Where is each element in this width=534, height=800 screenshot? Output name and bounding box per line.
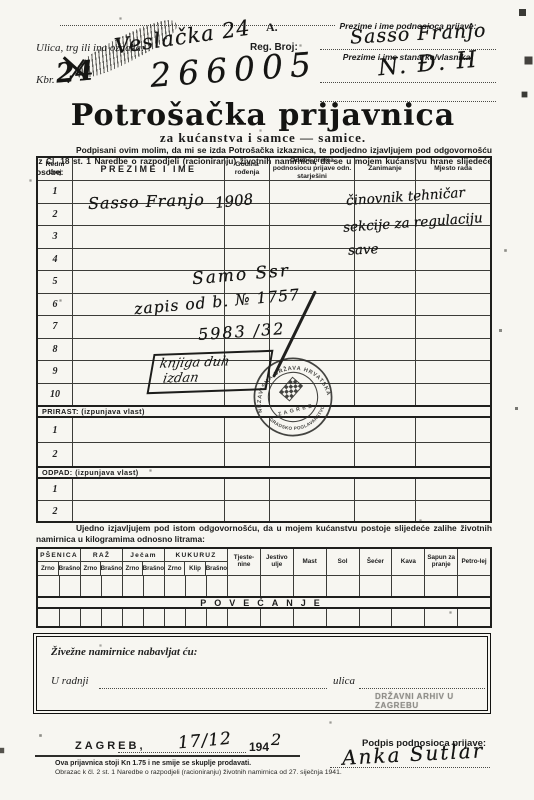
cell [354, 479, 415, 500]
cell [354, 418, 415, 442]
cell [293, 609, 326, 626]
row-number: 1 [38, 479, 72, 500]
city-label: ZAGREB, [75, 740, 146, 752]
col-header-occupation: Zanimanje [354, 158, 415, 180]
cell [359, 609, 392, 626]
row-number: 5 [38, 271, 72, 293]
scan-noise [0, 0, 1, 1]
cell [72, 226, 224, 248]
cell [224, 226, 269, 248]
cell [415, 501, 490, 521]
stock-group-kukuruz: KUKURUZ ZrnoKlipBrašno [164, 549, 227, 575]
date-handwritten: 17/12 [177, 729, 233, 754]
group-label: KUKURUZ [165, 549, 227, 562]
cell [269, 226, 354, 248]
cell [38, 576, 59, 596]
member-name-handwritten: Sasso Franjo [88, 190, 205, 213]
food-stock-table: PŠENICA ZrnoBrašno RAŽ ZrnoBrašno Ječam … [36, 547, 492, 628]
cell [143, 576, 164, 596]
cell [354, 501, 415, 521]
cell [80, 609, 101, 626]
row-number: 2 [38, 443, 72, 466]
cell [38, 609, 59, 626]
sub-header: Brašno [100, 562, 122, 575]
cell [424, 609, 457, 626]
cell [415, 316, 490, 338]
cell [391, 576, 424, 596]
cell [164, 609, 185, 626]
clerk-annotation-box: knjiga duh izdan [146, 350, 273, 394]
cell [391, 609, 424, 626]
stock-col-sapun: Sapun za pranje [424, 549, 457, 575]
stock-data-row [38, 609, 490, 626]
stock-col-kava: Kava [391, 549, 424, 575]
stock-group-psenica: PŠENICA ZrnoBrašno [38, 549, 80, 575]
row-number: 2 [38, 501, 72, 521]
cell [415, 294, 490, 316]
stock-data-row [38, 575, 490, 596]
ruled-line [320, 82, 496, 83]
cell [354, 294, 415, 316]
form-subtitle: za kućanstva i samce — samice. [36, 130, 490, 146]
sub-header: Klip [184, 562, 204, 575]
form-reference-note: Obrazac k čl. 2 st. 1 Naredbe o razpodje… [55, 769, 342, 776]
cell [269, 479, 354, 500]
sub-header: Brašno [205, 562, 227, 575]
col-header-ordinal: Redni broj [38, 158, 72, 180]
member-occupation-handwritten-line3: save [348, 241, 379, 259]
stock-col-mast: Mast [293, 549, 326, 575]
clerk-annotation-line5: izdan [156, 368, 263, 387]
stock-col-petrolej: Petro-lej [457, 549, 490, 575]
stock-col-tjestenine: Tjeste-nine [227, 549, 260, 575]
group-label: Ječam [123, 549, 164, 562]
archive-stamp-text: DRŽAVNI ARHIV U ZAGREBU [375, 692, 487, 710]
cell [122, 576, 143, 596]
shop-street-label: ulica [333, 675, 355, 687]
row-number: 1 [38, 418, 72, 442]
row-number: 1 [38, 181, 72, 203]
cell [415, 271, 490, 293]
year-printed: 194 [249, 740, 269, 754]
form-title: Potrošačka prijavnica [36, 98, 490, 133]
cell [269, 501, 354, 521]
cell [326, 576, 359, 596]
povecanje-band: POVEĆANJE [38, 596, 490, 609]
cell [72, 443, 224, 466]
row-number: 3 [38, 226, 72, 248]
cell [72, 249, 224, 271]
ruled-line [359, 688, 485, 689]
cell [227, 576, 260, 596]
stock-col-jestivo-ulje: Jestivo ulje [260, 549, 293, 575]
cell [424, 576, 457, 596]
cell [80, 576, 101, 596]
cell [415, 384, 490, 406]
cell [415, 361, 490, 383]
stock-col-secer: Šećer [359, 549, 392, 575]
row-number: 7 [38, 316, 72, 338]
cell [269, 443, 354, 466]
cell [354, 443, 415, 466]
sub-header: Zrno [165, 562, 184, 575]
shop-label: U radnji [51, 675, 89, 687]
col-header-birth-year: Godina rođenja [224, 158, 269, 180]
cell [354, 271, 415, 293]
group-label: RAŽ [81, 549, 122, 562]
sub-header: Zrno [38, 562, 58, 575]
sub-header: Brašno [58, 562, 80, 575]
cell [354, 361, 415, 383]
cell [359, 576, 392, 596]
col-header-workplace: Mjesto rada [415, 158, 490, 180]
stamp-coat-of-arms [280, 377, 303, 400]
cell [185, 576, 206, 596]
col-header-name: PREZIME I IME [72, 158, 224, 180]
stock-group-jecam: Ječam ZrnoBrašno [122, 549, 164, 575]
cell [122, 609, 143, 626]
cell [415, 339, 490, 361]
row-number: 9 [38, 361, 72, 383]
section-letter: A. [266, 20, 278, 35]
cell [326, 609, 359, 626]
scanned-form-page: Ulica, trg ili ina oznaka: Kbr. A. Reg. … [0, 0, 534, 800]
row-number: 2 [38, 204, 72, 226]
footer-divider [35, 755, 300, 757]
cell [260, 609, 293, 626]
row-number: 6 [38, 294, 72, 316]
table-row: 2 [38, 500, 490, 521]
sub-header: Brašno [142, 562, 164, 575]
stock-col-sol: Sol [326, 549, 359, 575]
year-digit-handwritten: 2 [271, 730, 281, 749]
cell [101, 576, 122, 596]
price-note: Ova prijavnica stoji Kn 1.75 i ne smije … [55, 760, 251, 767]
col-header-relation: Odnos prema podnosiocu prijave odn. star… [269, 158, 354, 180]
stock-group-raz: RAŽ ZrnoBrašno [80, 549, 122, 575]
cell [224, 501, 269, 521]
cell [269, 204, 354, 226]
group-label: PŠENICA [38, 549, 80, 562]
cell [59, 609, 80, 626]
cell [354, 316, 415, 338]
cell [185, 609, 206, 626]
cell [72, 501, 224, 521]
table-row: 1 [38, 479, 490, 500]
cell [101, 609, 122, 626]
purchase-heading: Živežne namirnice nabavljat ću: [51, 646, 197, 658]
cell [415, 443, 490, 466]
cell [72, 479, 224, 500]
cell [164, 576, 185, 596]
cell [415, 479, 490, 500]
sub-header: Zrno [81, 562, 100, 575]
cell [227, 609, 260, 626]
purchase-declaration-box: Živežne namirnice nabavljat ću: U radnji… [33, 633, 491, 714]
ruled-line [99, 688, 327, 689]
cell [354, 384, 415, 406]
cell [143, 609, 164, 626]
cell [224, 479, 269, 500]
cell [72, 418, 224, 442]
stock-declaration-text: Ujedno izjavljujem pod istom odgovornošć… [36, 523, 492, 545]
reg-number-handwritten-value: 266005 [149, 44, 319, 95]
cell [206, 576, 227, 596]
row-number: 10 [38, 384, 72, 406]
cell [415, 249, 490, 271]
row-number: 8 [38, 339, 72, 361]
house-number-label: Kbr. [36, 74, 55, 86]
odpad-section-label: ODPAD: (izpunjava vlast) [38, 466, 490, 479]
cell [293, 576, 326, 596]
row-number: 4 [38, 249, 72, 271]
cell [457, 609, 490, 626]
sub-header: Zrno [123, 562, 142, 575]
cell [59, 576, 80, 596]
cell [206, 609, 227, 626]
cell [415, 418, 490, 442]
stock-header-row: PŠENICA ZrnoBrašno RAŽ ZrnoBrašno Ječam … [38, 549, 490, 575]
cell [260, 576, 293, 596]
cell [269, 181, 354, 203]
cell [354, 339, 415, 361]
cell [457, 576, 490, 596]
table-header-row: Redni broj PREZIME I IME Godina rođenja … [38, 158, 490, 180]
